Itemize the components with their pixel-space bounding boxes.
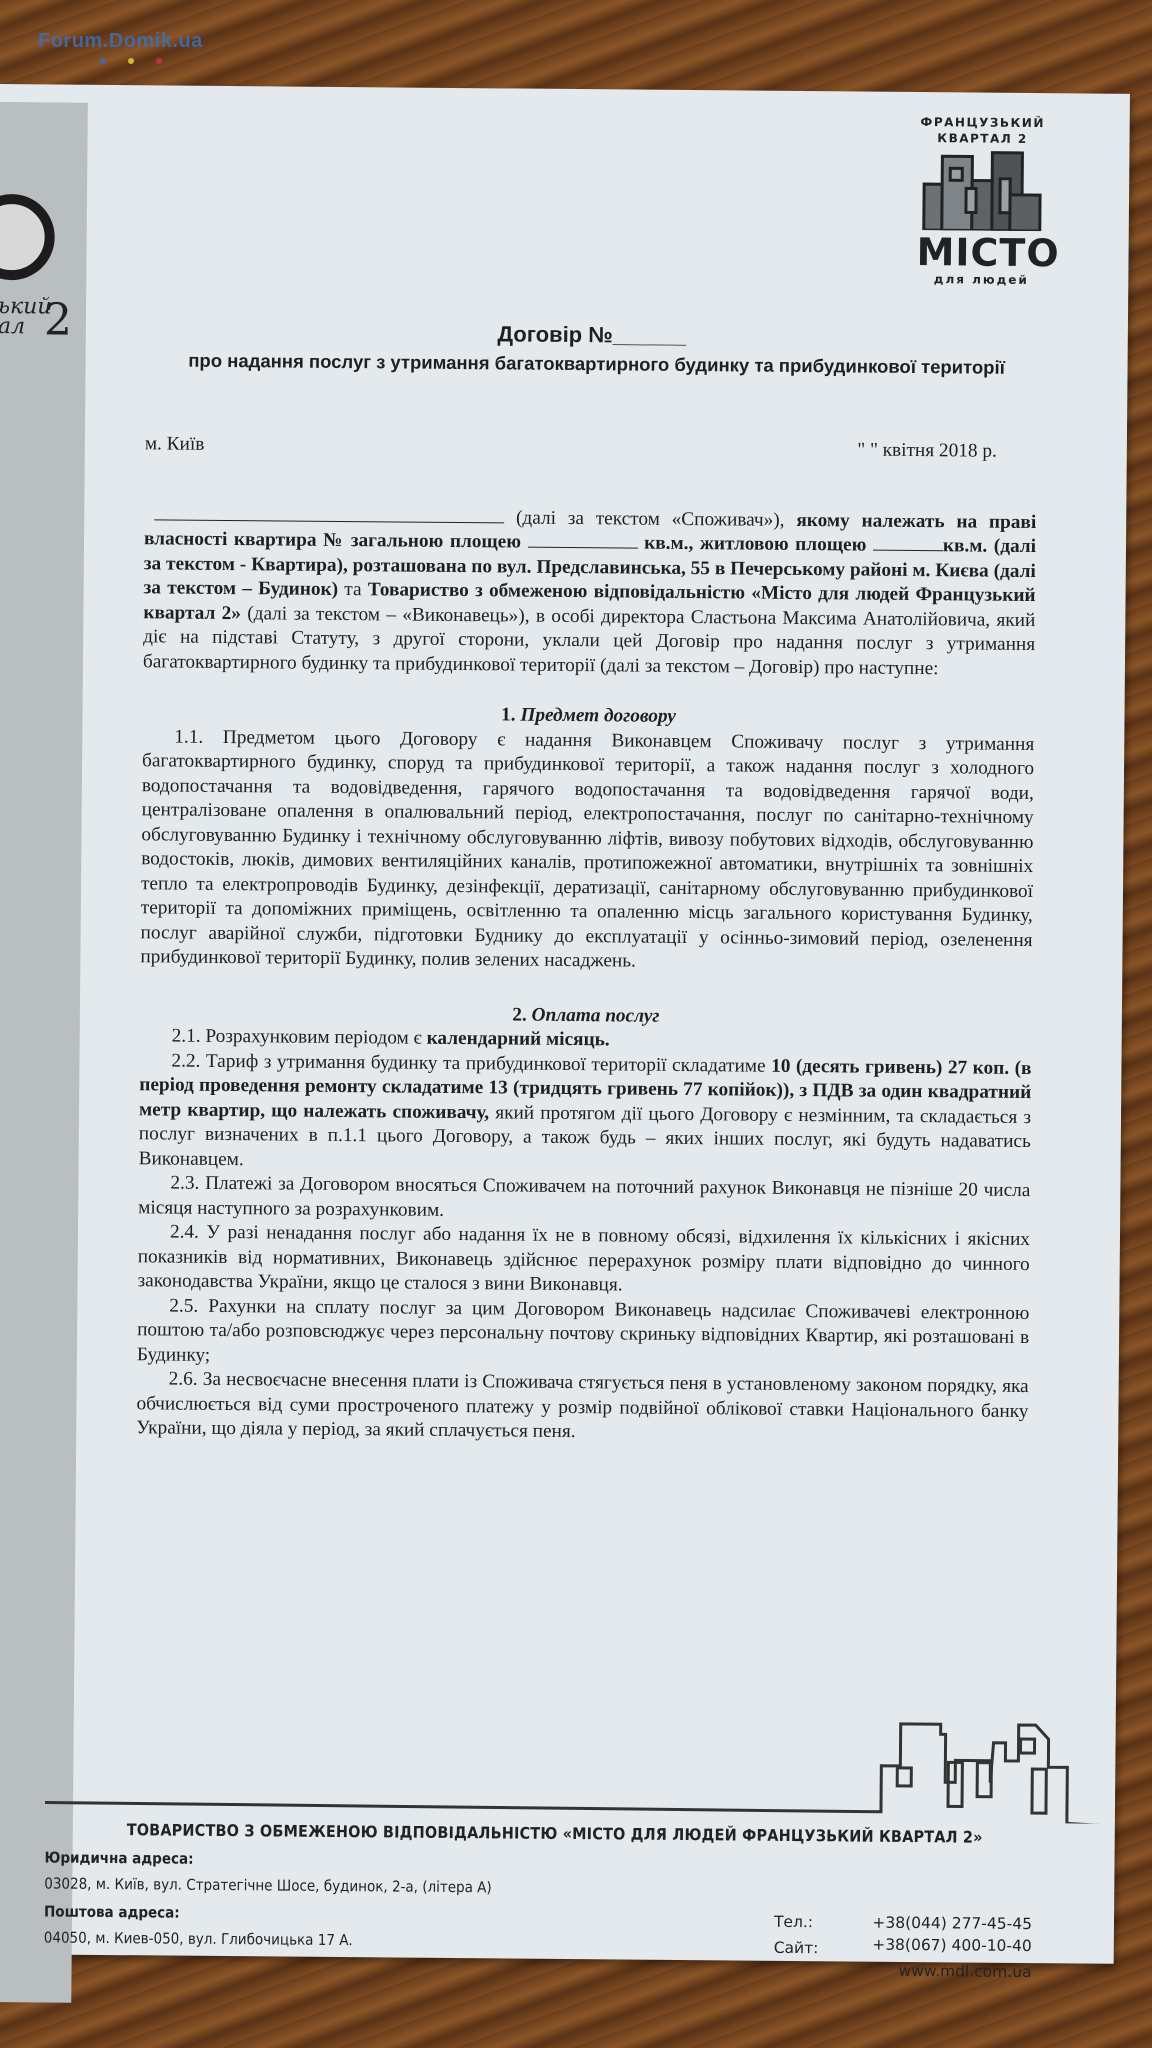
logo-tagline: для людей <box>916 272 1046 287</box>
watermark: Forum.Domik.ua <box>38 30 203 53</box>
total-area-blank[interactable] <box>528 531 638 549</box>
dot-icon <box>128 58 134 64</box>
document-body: Договір №______ про надання послуг з утр… <box>136 319 1038 1448</box>
clause-2-3: 2.3. Платежі за Договором вносяться Спож… <box>138 1171 1030 1228</box>
preamble-text-5: та <box>344 579 361 600</box>
living-area-blank[interactable] <box>873 534 943 552</box>
phone-2: +38(067) 400-10-40 <box>862 1936 1032 1955</box>
clause-id: 2.6. <box>169 1369 198 1390</box>
consumer-name-blank[interactable] <box>154 503 504 523</box>
phone-row-1: Тел.: +38(044) 277-45-45 <box>774 1913 1032 1933</box>
clause-text: За несвоєчасне внесення плати із Спожива… <box>136 1369 1029 1442</box>
clause-text: Розрахунковим періодом є <box>205 1026 422 1049</box>
clause-text-bold: календарний місяць. <box>427 1028 610 1051</box>
section-title: Оплата послуг <box>532 1004 660 1026</box>
clause-1-1: 1.1. Предметом цього Договору є надання … <box>140 725 1034 978</box>
site-link[interactable]: www.mdl.com.ua <box>861 1962 1031 1981</box>
logo-brand: МІСТО <box>916 232 1046 273</box>
preamble-text-1: (далі за текстом «Споживач»), <box>516 507 785 530</box>
dot-icon <box>100 58 106 64</box>
legal-address: 03028, м. Київ, вул. Стратегічне Шосе, б… <box>44 1874 1084 1901</box>
spacer <box>773 1961 861 1980</box>
watermark-dots <box>100 58 220 66</box>
clause-text: Предметом цього Договору є надання Викон… <box>140 726 1034 971</box>
buildings-icon <box>920 150 1045 231</box>
clause-text: Рахунки на сплату послуг за цим Договоро… <box>137 1295 1030 1365</box>
section-number: 2. <box>512 1004 527 1025</box>
footer-skyline-icon <box>45 1704 1106 1823</box>
city: м. Київ <box>145 432 205 457</box>
logo-line2: КВАРТАЛ 2 <box>917 130 1047 147</box>
section-title: Предмет договору <box>520 705 676 727</box>
side-strip-number: 2 <box>44 294 72 345</box>
section-number: 1. <box>501 704 516 725</box>
clause-id: 1.1. <box>174 726 203 747</box>
clause-2-6: 2.6. За несвоєчасне внесення плати із Сп… <box>136 1367 1029 1448</box>
document-title: Договір №______ про надання послуг з утр… <box>145 319 1037 380</box>
clause-2-4: 2.4. У разі ненадання послуг або надання… <box>137 1220 1030 1301</box>
preamble: (далі за текстом «Споживач»), якому нале… <box>143 503 1036 682</box>
contract-page: ький ал 2 ФРАНЦУЗЬКИЙ КВАРТАЛ 2 МІСТО дл… <box>0 84 1130 1964</box>
dot-icon <box>156 58 162 64</box>
clause-text: У разі ненадання послуг або надання їх н… <box>137 1222 1030 1296</box>
legal-address-label: Юридична адреса: <box>44 1848 1084 1875</box>
contract-number: Договір №______ <box>146 319 1038 351</box>
site-label: Сайт: <box>774 1939 862 1958</box>
footer-company: ТОВАРИСТВО З ОБМЕЖЕНОЮ ВІДПОВІДАЛЬНІСТЮ … <box>127 1820 1085 1847</box>
clause-2-5: 2.5. Рахунки на сплату послуг за цим Дог… <box>137 1294 1030 1375</box>
clause-2-2: 2.2. Тариф з утримання будинку та прибуд… <box>139 1049 1032 1179</box>
logo-line1: ФРАНЦУЗЬКИЙ <box>918 114 1048 131</box>
phone-1: +38(044) 277-45-45 <box>862 1914 1032 1933</box>
clause-text: Тариф з утримання будинку та прибудинков… <box>206 1050 766 1076</box>
clause-id: 2.5. <box>169 1295 198 1316</box>
clause-id: 2.1. <box>172 1026 201 1047</box>
clause-id: 2.2. <box>171 1050 200 1071</box>
clause-id: 2.4. <box>170 1222 199 1243</box>
clause-text: Платежі за Договором вносяться Споживаче… <box>138 1173 1030 1221</box>
site-row-value: www.mdl.com.ua <box>773 1961 1031 1981</box>
company-logo: ФРАНЦУЗЬКИЙ КВАРТАЛ 2 МІСТО для людей <box>916 114 1047 287</box>
phone-label: Тел.: <box>774 1913 862 1932</box>
emblem-icon <box>0 194 55 281</box>
watermark-text: Forum.Domik.ua <box>38 30 203 52</box>
clause-id: 2.3. <box>170 1173 199 1194</box>
preamble-text-7: (далі за текстом – «Виконавець»), в особ… <box>143 603 1036 679</box>
contract-subtitle: про надання послуг з утримання багатоква… <box>115 348 1077 381</box>
footer-contacts: Тел.: +38(044) 277-45-45 +38(067) 400-10… <box>773 1913 1032 1981</box>
place-date-row: м. Київ " " квітня 2018 р. <box>145 432 1037 464</box>
preamble-text-3: кв.м., житловою площею <box>644 533 866 556</box>
date: " " квітня 2018 р. <box>857 438 997 464</box>
